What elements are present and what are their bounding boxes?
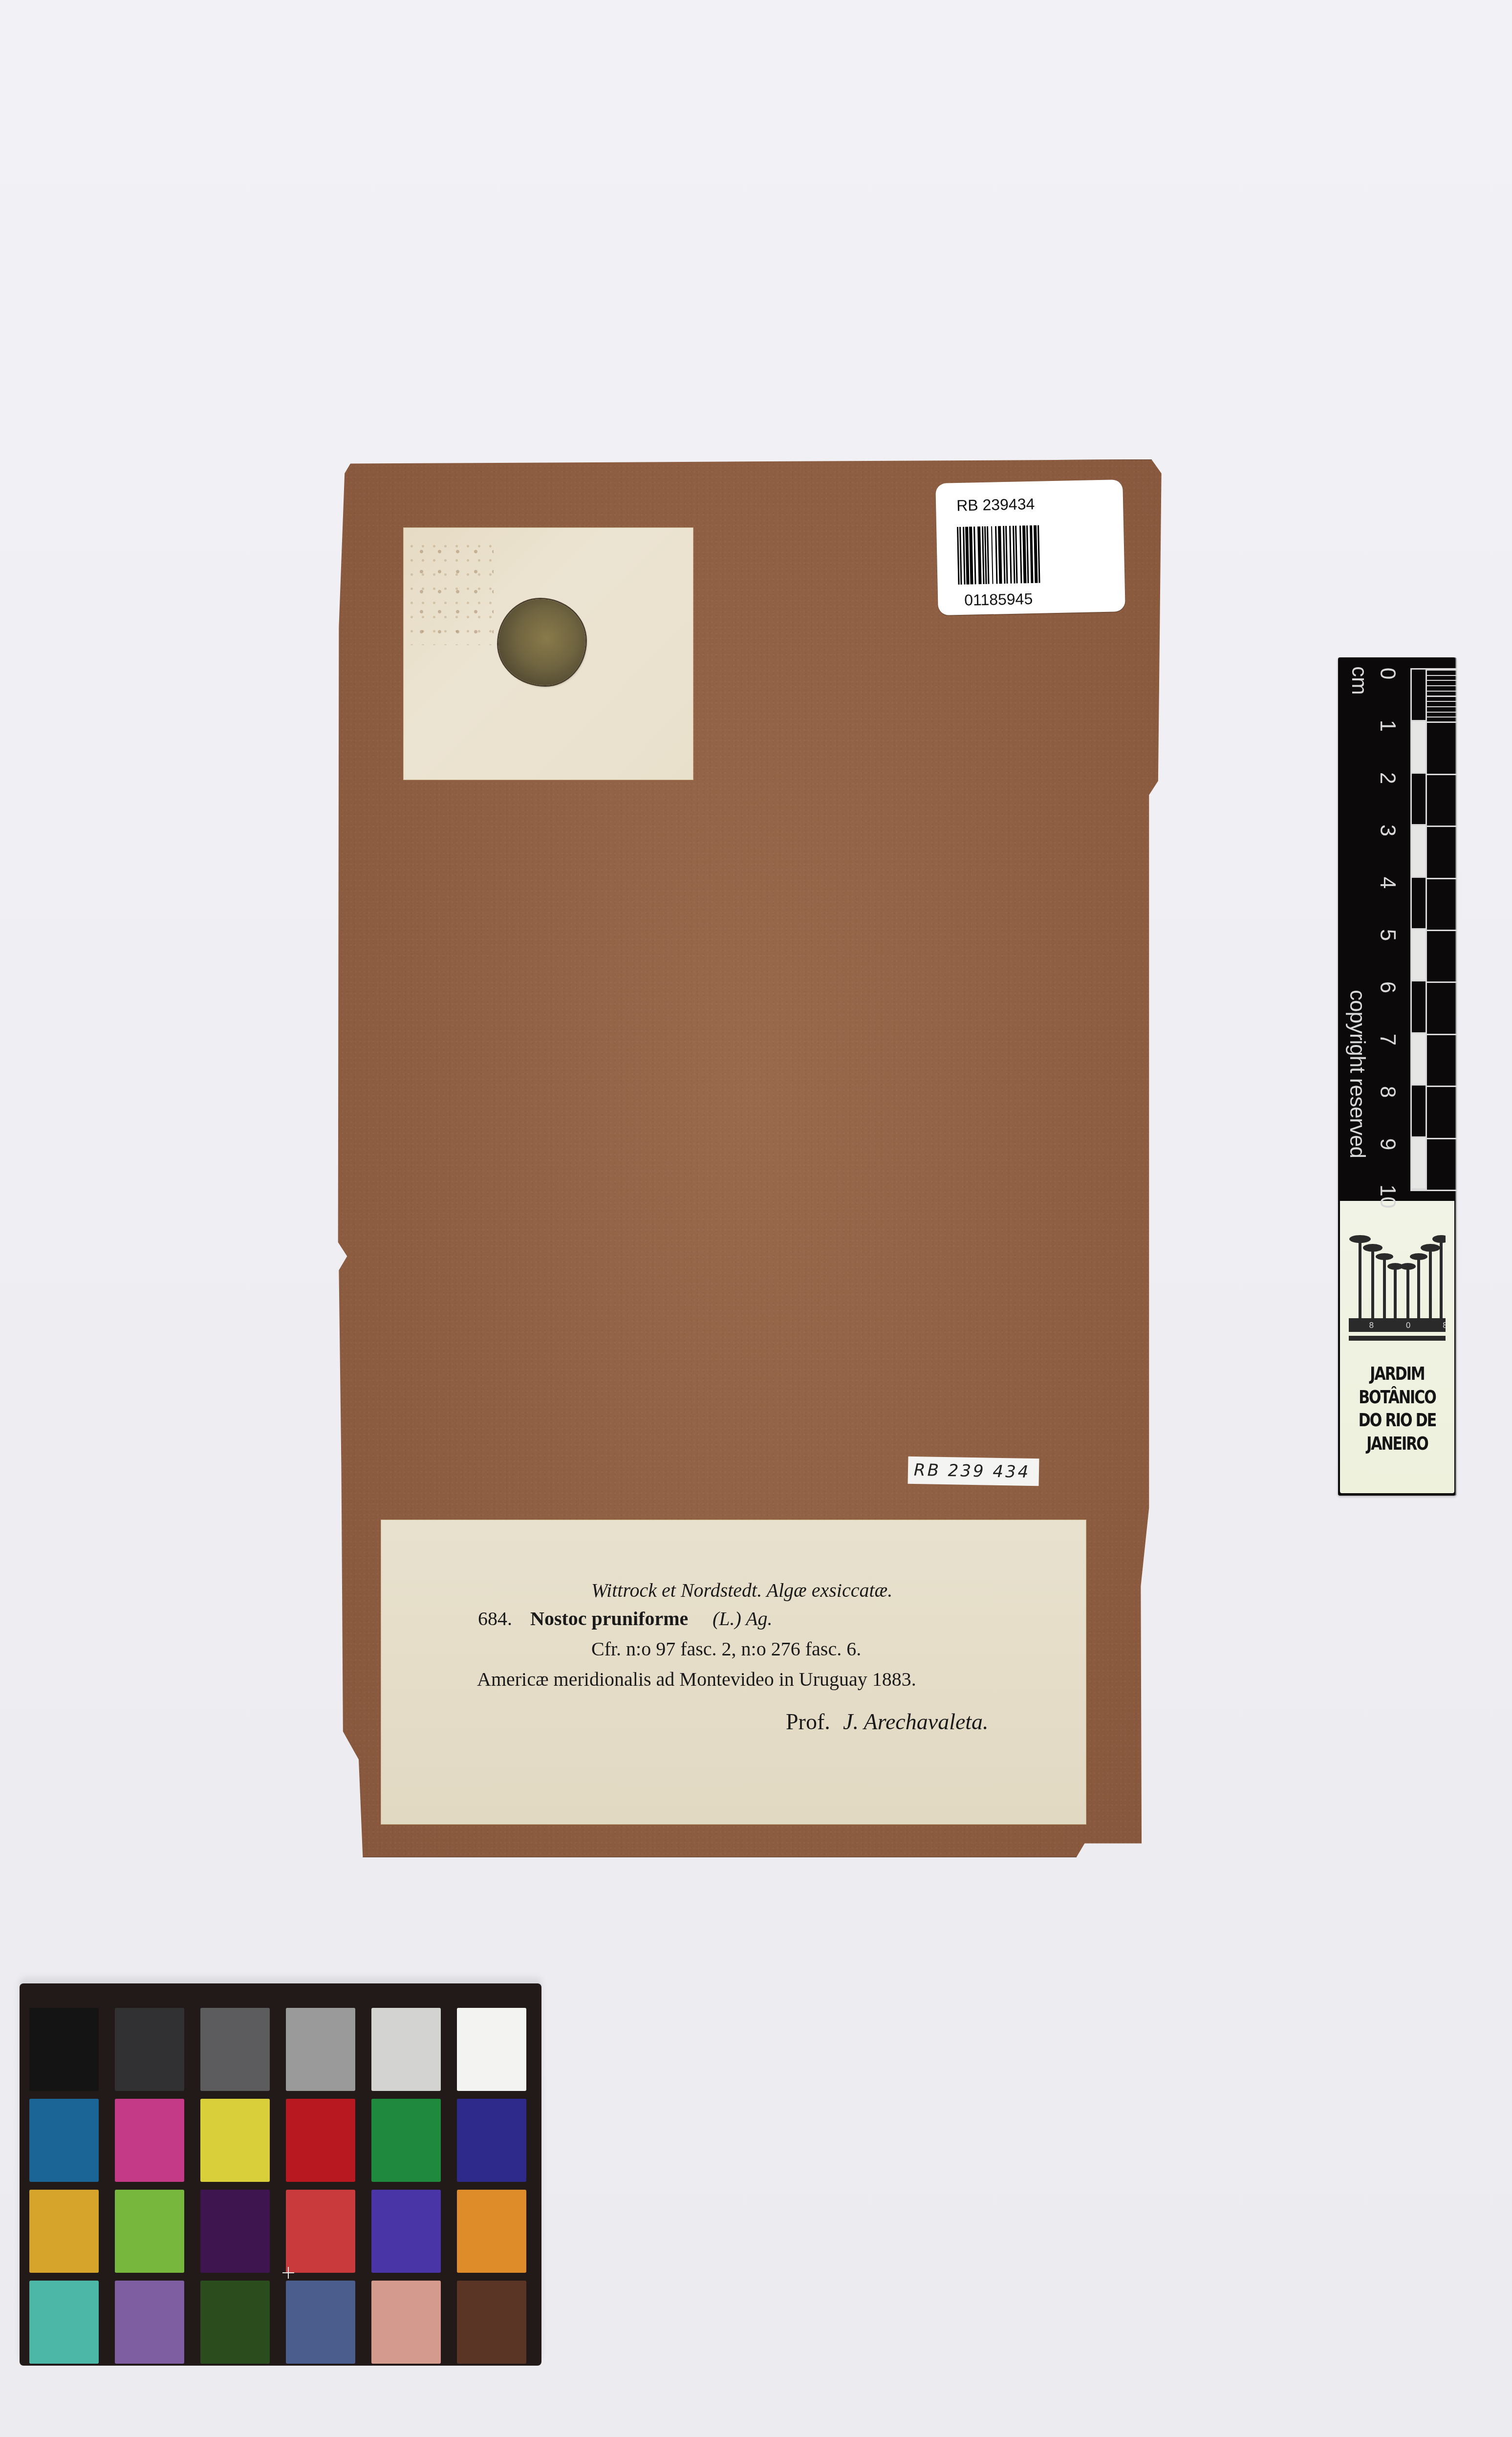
scale-ruler: cm copyright reserved [1338,657,1456,1496]
ruler-tick-1: 1 [1375,714,1400,738]
ruler-cm-line [1427,1190,1456,1191]
institution-line-2: DO RIO DE JANEIRO [1340,1409,1454,1456]
color-patch [29,2099,99,2182]
color-patch [286,2190,355,2273]
ruler-cm-line [1427,721,1456,723]
ruler-tick-10: 10 [1375,1184,1400,1209]
ruler-tick-7: 7 [1375,1027,1400,1052]
exsiccata-label: Wittrock et Nordstedt. Algæ exsiccatæ. 6… [381,1520,1086,1824]
ruler-tick-0: 0 [1375,661,1400,686]
color-patch [371,2281,441,2364]
nostoc-specimen [498,599,585,685]
color-patch [115,2281,184,2364]
ruler-cm-line [1427,981,1456,983]
ruler-segment [1412,1086,1426,1137]
jardim-botanico-logo: 1 8 0 8 JARDIM BOTÂNICO DO RIO DE JANEIR… [1340,1201,1454,1493]
ruler-cm-line [1427,1086,1456,1087]
label-taxon-author: (L.) Ag. [713,1607,773,1630]
ruler-tick-4: 4 [1375,870,1400,895]
ruler-tick-9: 9 [1375,1132,1400,1156]
ruler-tick-2: 2 [1375,766,1400,790]
barcode-label: RB 239434 01185945 [935,479,1125,615]
institution-name: JARDIM BOTÂNICO DO RIO DE JANEIRO [1340,1363,1454,1456]
color-patch [29,2281,99,2364]
color-patch [371,2008,441,2091]
label-cross-reference: Cfr. n:o 97 fasc. 2, n:o 276 fasc. 6. [591,1637,861,1660]
color-patch [286,2281,355,2364]
color-patch [29,2008,99,2091]
crosshair-icon [282,2267,294,2279]
ruler-tick-6: 6 [1375,975,1400,1000]
handwritten-accession-tag: RB 239 434 [908,1457,1039,1486]
color-patch [457,2008,526,2091]
ruler-segment [1412,826,1426,877]
label-number: 684. [478,1607,512,1630]
ruler-tick-3: 3 [1375,818,1400,843]
barcode-number: 01185945 [964,590,1033,609]
ruler-segment [1412,981,1426,1033]
ruler-tick-8: 8 [1375,1080,1400,1104]
svg-text:1 8 0 8: 1 8 0 8 [1349,1321,1446,1330]
ruler-scale-bar [1410,668,1456,1191]
ruler-tick-5: 5 [1375,923,1400,947]
ruler-cm-line [1427,878,1456,879]
color-patch [115,2190,184,2273]
color-patch [200,2281,270,2364]
color-checker [20,1983,541,2366]
ruler-cm-line [1427,1034,1456,1035]
color-patch [115,2008,184,2091]
accession-number: RB 239434 [956,495,1035,515]
color-patch [286,2099,355,2182]
ruler-cm-line [1427,930,1456,931]
label-taxon-name: Nostoc pruniforme [530,1607,688,1630]
ruler-unit: cm [1347,666,1371,695]
ruler-segment [1412,721,1426,773]
color-patch [457,2190,526,2273]
ruler-segment [1412,774,1426,826]
color-patch [371,2099,441,2182]
label-collector-prefix: Prof. [786,1709,830,1735]
color-patch [115,2099,184,2182]
color-patch [200,2190,270,2273]
ruler-cm-line [1427,774,1456,775]
ruler-segment [1412,670,1426,721]
color-patch [286,2008,355,2091]
specimen-card-foxing [410,538,494,645]
ruler-mm-ticks [1427,670,1456,721]
ruler-segment [1412,1138,1426,1190]
label-collector: J. Arechavaleta. [843,1709,989,1735]
barcode-icon [957,523,1119,585]
color-patch [200,2008,270,2091]
ruler-segment [1412,930,1426,981]
ruler-cm-line [1427,1138,1456,1139]
palm-trees-icon: 1 8 0 8 [1349,1225,1446,1352]
ruler-segment [1412,878,1426,930]
color-patch [371,2190,441,2273]
color-patch [29,2190,99,2273]
color-patch [200,2099,270,2182]
ruler-cm-line [1427,826,1456,827]
color-patch [457,2099,526,2182]
label-locality: Americæ meridionalis ad Montevideo in Ur… [477,1668,916,1691]
label-series: Wittrock et Nordstedt. Algæ exsiccatæ. [591,1579,892,1602]
ruler-segment [1412,1034,1426,1086]
institution-line-1: JARDIM BOTÂNICO [1340,1363,1454,1409]
color-patch [457,2281,526,2364]
ruler-copyright: copyright reserved [1345,990,1369,1158]
